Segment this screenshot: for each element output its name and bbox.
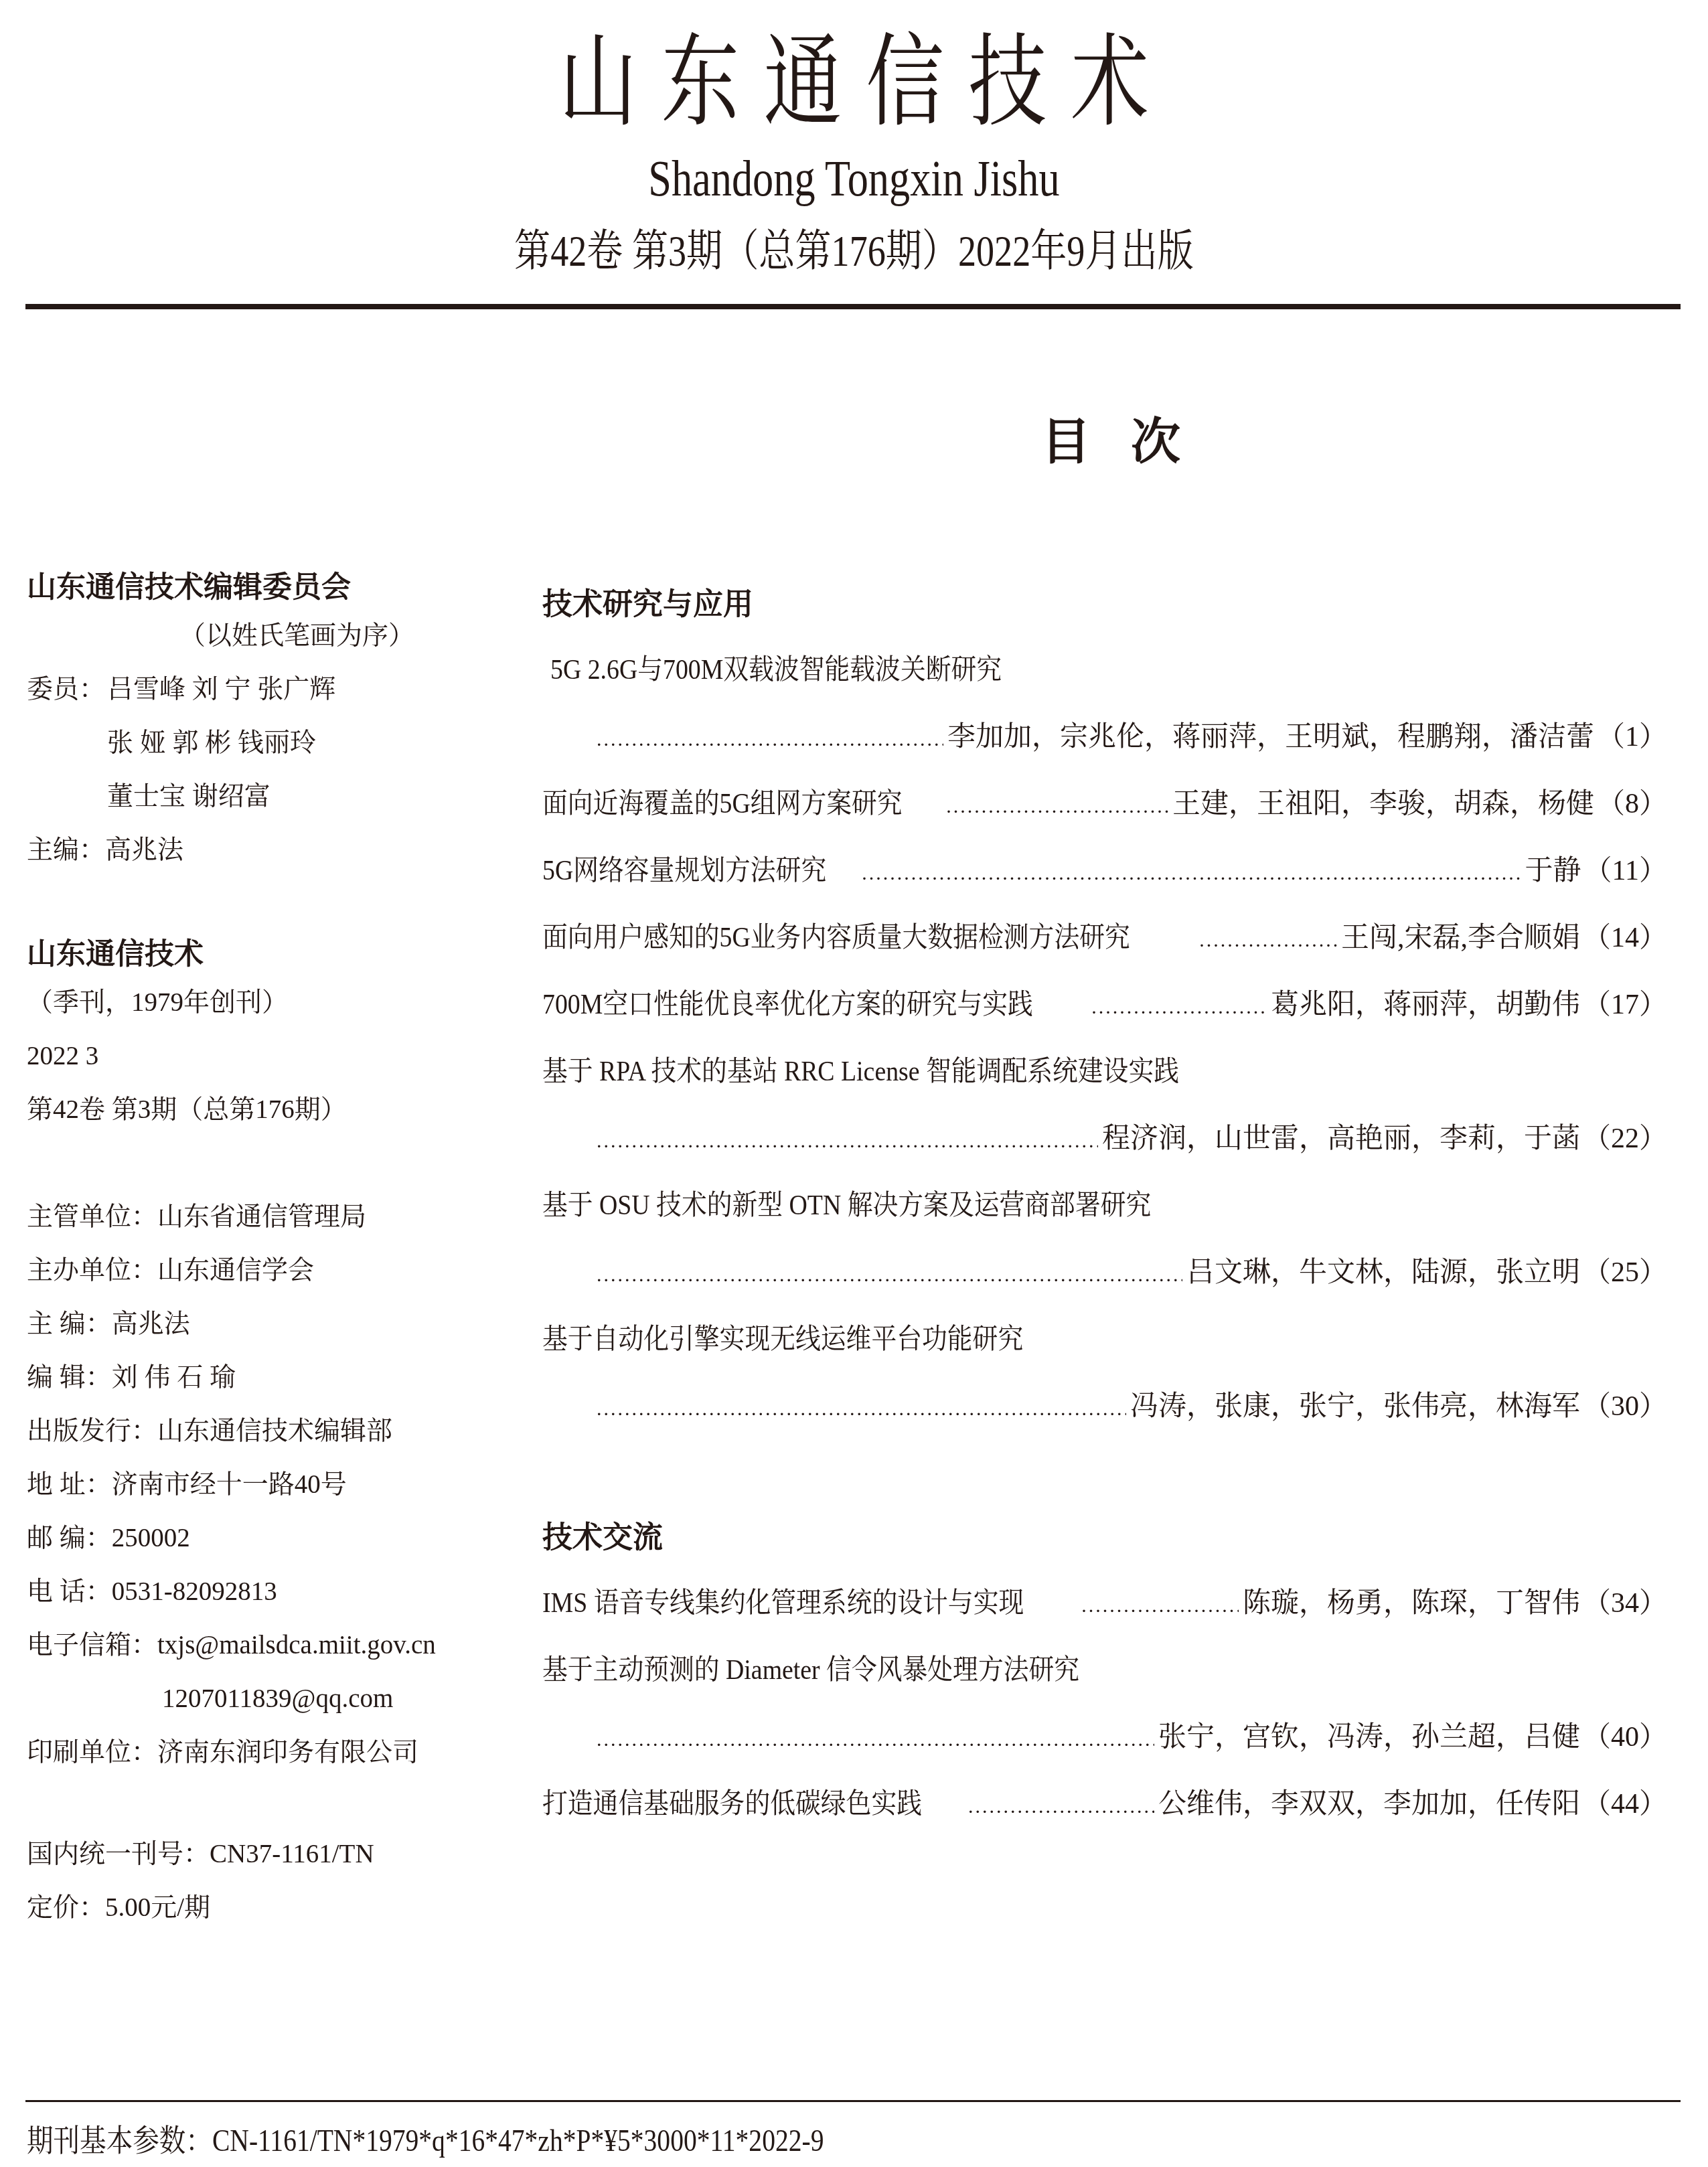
sponsor-unit: 主办单位：山东通信学会: [27, 1255, 314, 1287]
article-page: （44）: [1583, 1785, 1667, 1823]
toc-heading: 目次: [1041, 412, 1221, 472]
journal-year-issue: 2022 3: [27, 1040, 98, 1072]
article-page: （1）: [1597, 718, 1667, 756]
leader-dots: [1199, 922, 1337, 959]
toc-section-title: 技术研究与应用: [542, 585, 1667, 624]
toc-section-title: 技术交流: [542, 1518, 1667, 1557]
article-title[interactable]: 基于自动化引擎实现无线运维平台功能研究: [542, 1321, 1023, 1358]
article-authors: 陈璇，杨勇，陈琛，丁智伟: [1243, 1585, 1580, 1622]
article-page: （25）: [1583, 1254, 1667, 1291]
journal-title: 山东通信技术: [188, 25, 1521, 139]
article-page: （34）: [1583, 1585, 1667, 1622]
leader-dots: [597, 721, 943, 758]
toc-article-authors-line[interactable]: 冯涛，张康，张宁，张伟亮，林海军 （30）: [542, 1388, 1667, 1428]
phone: 电 话：0531-82092813: [27, 1576, 277, 1608]
toc-article-authors-line[interactable]: 张宁，宫钦，冯涛，孙兰超，吕健 （40）: [542, 1718, 1667, 1759]
article-authors: 程济润，山世雷，高艳丽，李莉，于菡: [1102, 1120, 1580, 1157]
committee-members-row: 张 娅 郭 彬 钱丽玲: [107, 727, 316, 759]
article-authors: 冯涛，张康，张宁，张伟亮，林海军: [1130, 1388, 1580, 1425]
toc-entry[interactable]: 打造通信基础服务的低碳绿色实践 公维伟，李双双，李加加，任传阳 （44）: [542, 1785, 1667, 1826]
journal-volume: 第42卷 第3期（总第176期）: [27, 1094, 347, 1126]
article-title[interactable]: 面向用户感知的5G业务内容质量大数据检测方法研究: [542, 919, 1130, 957]
toc-article-title[interactable]: 基于自动化引擎实现无线运维平台功能研究: [542, 1321, 1667, 1358]
article-title[interactable]: IMS 语音专线集约化管理系统的设计与实现: [542, 1585, 1024, 1622]
toc-article-title[interactable]: 基于 OSU 技术的新型 OTN 解决方案及运营商部署研究: [542, 1187, 1667, 1224]
committee-members-label: 委员：: [27, 673, 105, 706]
toc-entry[interactable]: 面向用户感知的5G业务内容质量大数据检测方法研究 王闯,宋磊,李合顺娟 （14）: [542, 919, 1667, 959]
email-secondary: 1207011839@qq.com: [162, 1683, 393, 1715]
article-page: （22）: [1583, 1120, 1667, 1157]
committee-heading: 山东通信技术编辑委员会: [27, 569, 351, 607]
printer: 印刷单位：济南东润印务有限公司: [27, 1737, 418, 1769]
toc-article-title[interactable]: 基于 RPA 技术的基站 RRC License 智能调配系统建设实践: [542, 1053, 1667, 1091]
committee-members-row: 吕雪峰 刘 宁 张广辉: [107, 673, 335, 706]
leader-dots: [946, 788, 1168, 825]
supervisor-unit: 主管单位：山东省通信管理局: [27, 1201, 366, 1233]
article-authors: 李加加，宗兆伦，蒋丽萍，王明斌，程鹏翔，潘洁蕾: [947, 718, 1594, 756]
article-title[interactable]: 700M空口性能优良率优化方案的研究与实践: [542, 986, 1033, 1024]
price: 定价：5.00元/期: [27, 1892, 210, 1924]
article-title[interactable]: 面向近海覆盖的5G组网方案研究: [542, 785, 903, 823]
article-authors: 张宁，宫钦，冯涛，孙兰超，吕健: [1158, 1718, 1580, 1756]
footer-divider: [25, 2100, 1681, 2102]
article-page: （11）: [1584, 852, 1667, 890]
editors: 编 辑：刘 伟 石 瑜: [27, 1362, 236, 1394]
journal-parameters: 期刊基本参数：CN-1161/TN*1979*q*16*47*zh*P*¥5*3…: [27, 2121, 824, 2161]
toc-article-title[interactable]: 5G 2.6G与700M双载波智能载波关断研究: [550, 651, 1675, 689]
toc-entry[interactable]: IMS 语音专线集约化管理系统的设计与实现 陈璇，杨勇，陈琛，丁智伟 （34）: [542, 1585, 1667, 1625]
article-page: （40）: [1583, 1718, 1667, 1756]
leader-dots: [597, 1721, 1154, 1759]
leader-dots: [597, 1123, 1098, 1160]
article-title[interactable]: 5G网络容量规划方法研究: [542, 852, 826, 890]
article-authors: 吕文琳，牛文林，陆源，张立明: [1186, 1254, 1580, 1291]
publisher: 出版发行：山东通信技术编辑部: [27, 1415, 392, 1447]
leader-dots: [968, 1788, 1154, 1826]
journal-pinyin-title: Shandong Tongxin Jishu: [154, 149, 1555, 209]
article-page: （17）: [1583, 986, 1667, 1024]
article-authors: 王建，王祖阳，李骏，胡森，杨健: [1172, 785, 1594, 823]
toc-article-authors-line[interactable]: 李加加，宗兆伦，蒋丽萍，王明斌，程鹏翔，潘洁蕾 （1）: [542, 718, 1667, 758]
committee-chief-editor: 主编：高兆法: [27, 834, 183, 866]
cn-serial-number: 国内统一刊号：CN37-1161/TN: [27, 1838, 374, 1870]
leader-dots: [862, 855, 1521, 892]
article-authors: 公维伟，李双双，李加加，任传阳: [1158, 1785, 1580, 1823]
toc-entry[interactable]: 5G网络容量规划方法研究 于静 （11）: [542, 852, 1667, 892]
toc-article-authors-line[interactable]: 吕文琳，牛文林，陆源，张立明 （25）: [542, 1254, 1667, 1294]
committee-order-note: （以姓氏笔画为序）: [179, 620, 414, 652]
leader-dots: [1091, 989, 1267, 1026]
committee-members-row: 董士宝 谢绍富: [107, 781, 270, 813]
article-title[interactable]: 基于主动预测的 Diameter 信令风暴处理方法研究: [542, 1652, 1079, 1689]
postal-code: 邮 编：250002: [27, 1522, 190, 1554]
masthead-divider: [25, 304, 1681, 309]
toc-article-title[interactable]: 基于主动预测的 Diameter 信令风暴处理方法研究: [542, 1652, 1667, 1689]
journal-frequency: （季刊，1979年创刊）: [27, 987, 288, 1019]
email-primary: 电子信箱：txjs@mailsdca.miit.gov.cn: [27, 1629, 436, 1662]
article-authors: 葛兆阳，蒋丽萍，胡勤伟: [1271, 986, 1580, 1024]
toc-entry[interactable]: 700M空口性能优良率优化方案的研究与实践 葛兆阳，蒋丽萍，胡勤伟 （17）: [542, 986, 1667, 1026]
toc-entry[interactable]: 面向近海覆盖的5G组网方案研究 王建，王祖阳，李骏，胡森，杨健 （8）: [542, 785, 1667, 825]
journal-info-heading: 山东通信技术: [27, 936, 204, 973]
leader-dots: [597, 1390, 1126, 1428]
article-authors: 于静: [1525, 852, 1581, 890]
issue-line: 第42卷 第3期（总第176期）2022年9月出版: [154, 225, 1555, 278]
address: 地 址：济南市经十一路40号: [27, 1469, 347, 1501]
article-page: （14）: [1583, 919, 1667, 957]
leader-dots: [1081, 1587, 1239, 1625]
article-authors: 王闯,宋磊,李合顺娟: [1341, 919, 1580, 957]
article-title[interactable]: 5G 2.6G与700M双载波智能载波关断研究: [550, 651, 1002, 689]
chief-editor: 主 编：高兆法: [27, 1308, 190, 1340]
article-title[interactable]: 打造通信基础服务的低碳绿色实践: [542, 1785, 922, 1823]
leader-dots: [597, 1257, 1182, 1294]
article-title[interactable]: 基于 RPA 技术的基站 RRC License 智能调配系统建设实践: [542, 1053, 1179, 1091]
article-page: （30）: [1583, 1388, 1667, 1425]
article-title[interactable]: 基于 OSU 技术的新型 OTN 解决方案及运营商部署研究: [542, 1187, 1151, 1224]
toc-article-authors-line[interactable]: 程济润，山世雷，高艳丽，李莉，于菡 （22）: [542, 1120, 1667, 1160]
article-page: （8）: [1597, 785, 1667, 823]
